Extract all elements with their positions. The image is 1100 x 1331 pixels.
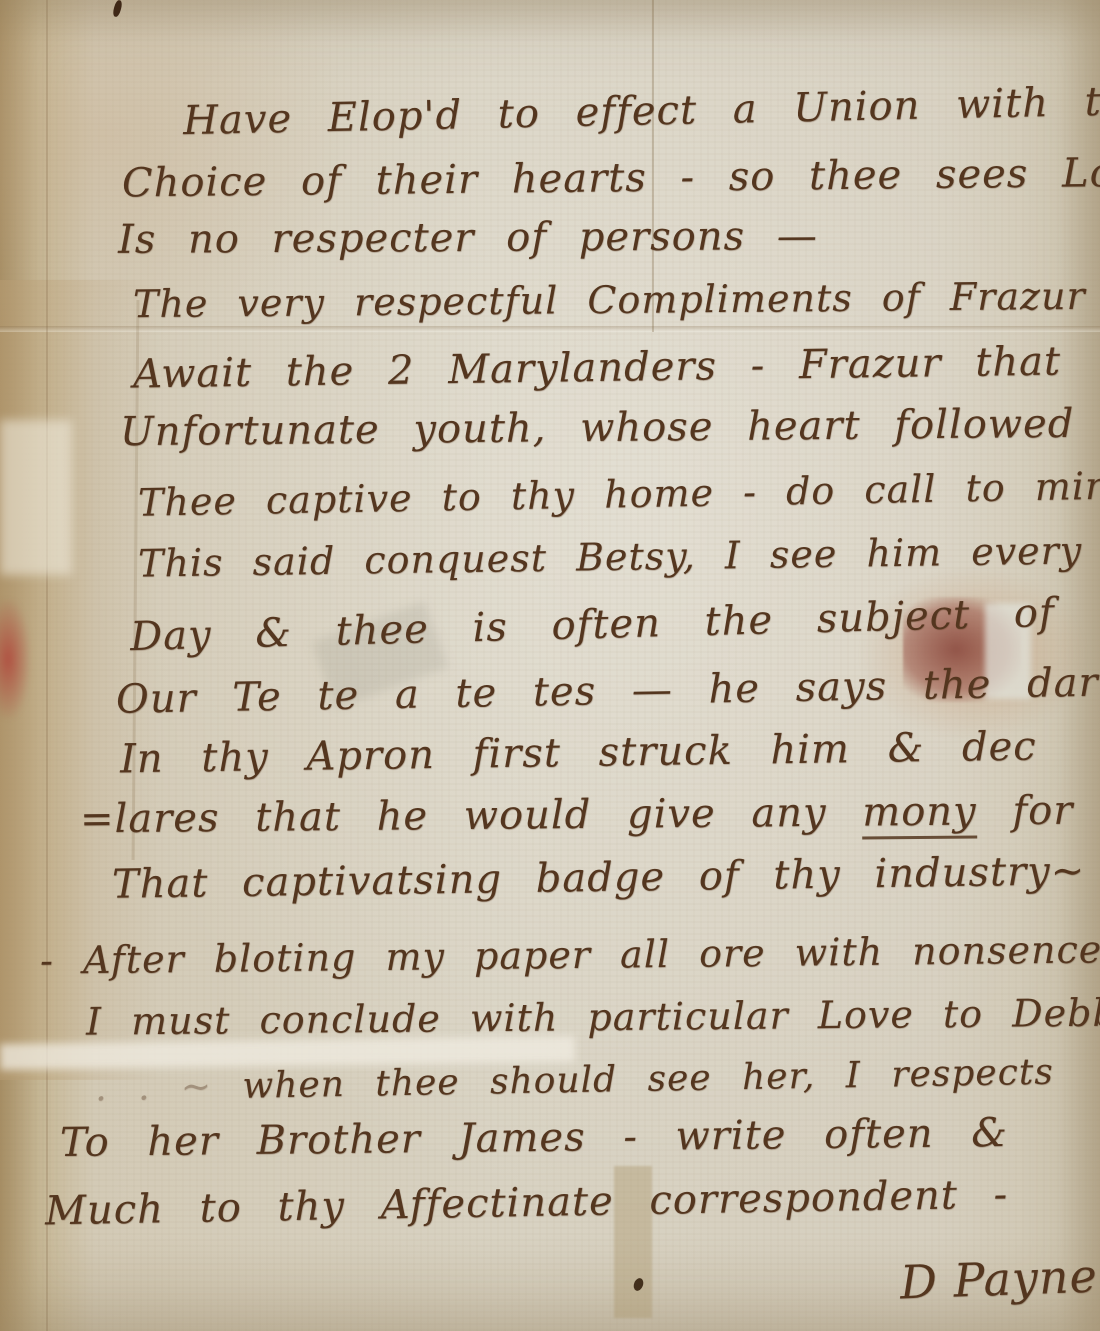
letter-line-3: Is no respecter of persons —	[118, 213, 818, 263]
letter-line-5: Await the 2 Marylanders - Frazur that	[133, 339, 1062, 398]
letter-scan-page: Have Elop'd to effect a Union with the C…	[0, 0, 1100, 1331]
ink-dot-bottom	[632, 1277, 645, 1292]
letter-line-13: That captivatsing badge of thy industry~	[112, 848, 1086, 908]
letter-line-14: - After bloting my paper all ore with no…	[40, 927, 1100, 982]
top-edge-shade	[0, 0, 1100, 42]
letter-line-18: Much to thy Affectinate correspondent -	[45, 1172, 1009, 1235]
letter-line-2: Choice of their hearts - so thee sees Lo…	[122, 150, 1100, 207]
letter-line-8: This said conquest Betsy, I see him ever…	[138, 528, 1083, 585]
letter-line-12: =lares that he would give any mony for	[80, 788, 1074, 843]
left-edge-crease	[46, 0, 48, 1331]
letter-line-16: . . ~ when thee should see her, I respec…	[95, 1052, 1054, 1110]
letter-line-15: I must conclude with particular Love to …	[86, 990, 1100, 1043]
letter-line-11: In thy Apron first struck him & dec	[120, 724, 1037, 783]
line-16-main: when thee should see her, I respects	[242, 1052, 1054, 1107]
letter-line-4: The very respectful Compliments of Frazu…	[133, 274, 1086, 326]
letter-line-9: Day & thee is often the subject of	[130, 590, 1056, 660]
signature: D Payne	[899, 1249, 1098, 1310]
line-12-post: for	[976, 788, 1073, 835]
letter-line-10: Our Te te a te tes — he says the darn	[116, 659, 1100, 723]
letter-line-6: Unfortunate youth, whose heart followed	[120, 401, 1075, 455]
ink-mark-top	[112, 0, 123, 18]
letter-line-7: Thee captive to thy home - do call to mi…	[138, 463, 1100, 524]
horizontal-fold-crease	[0, 326, 1100, 332]
letter-line-17: To her Brother James - write often &	[60, 1110, 1008, 1166]
line-16-damaged-lead: . . ~	[95, 1066, 243, 1110]
left-edge-red-stain	[0, 600, 30, 718]
torn-white-patch	[0, 420, 72, 575]
line-12-pre: =lares that he would give any	[80, 790, 863, 843]
underlined-word-mony: mony	[862, 789, 977, 840]
letter-line-1: Have Elop'd to effect a Union with the	[183, 78, 1100, 144]
